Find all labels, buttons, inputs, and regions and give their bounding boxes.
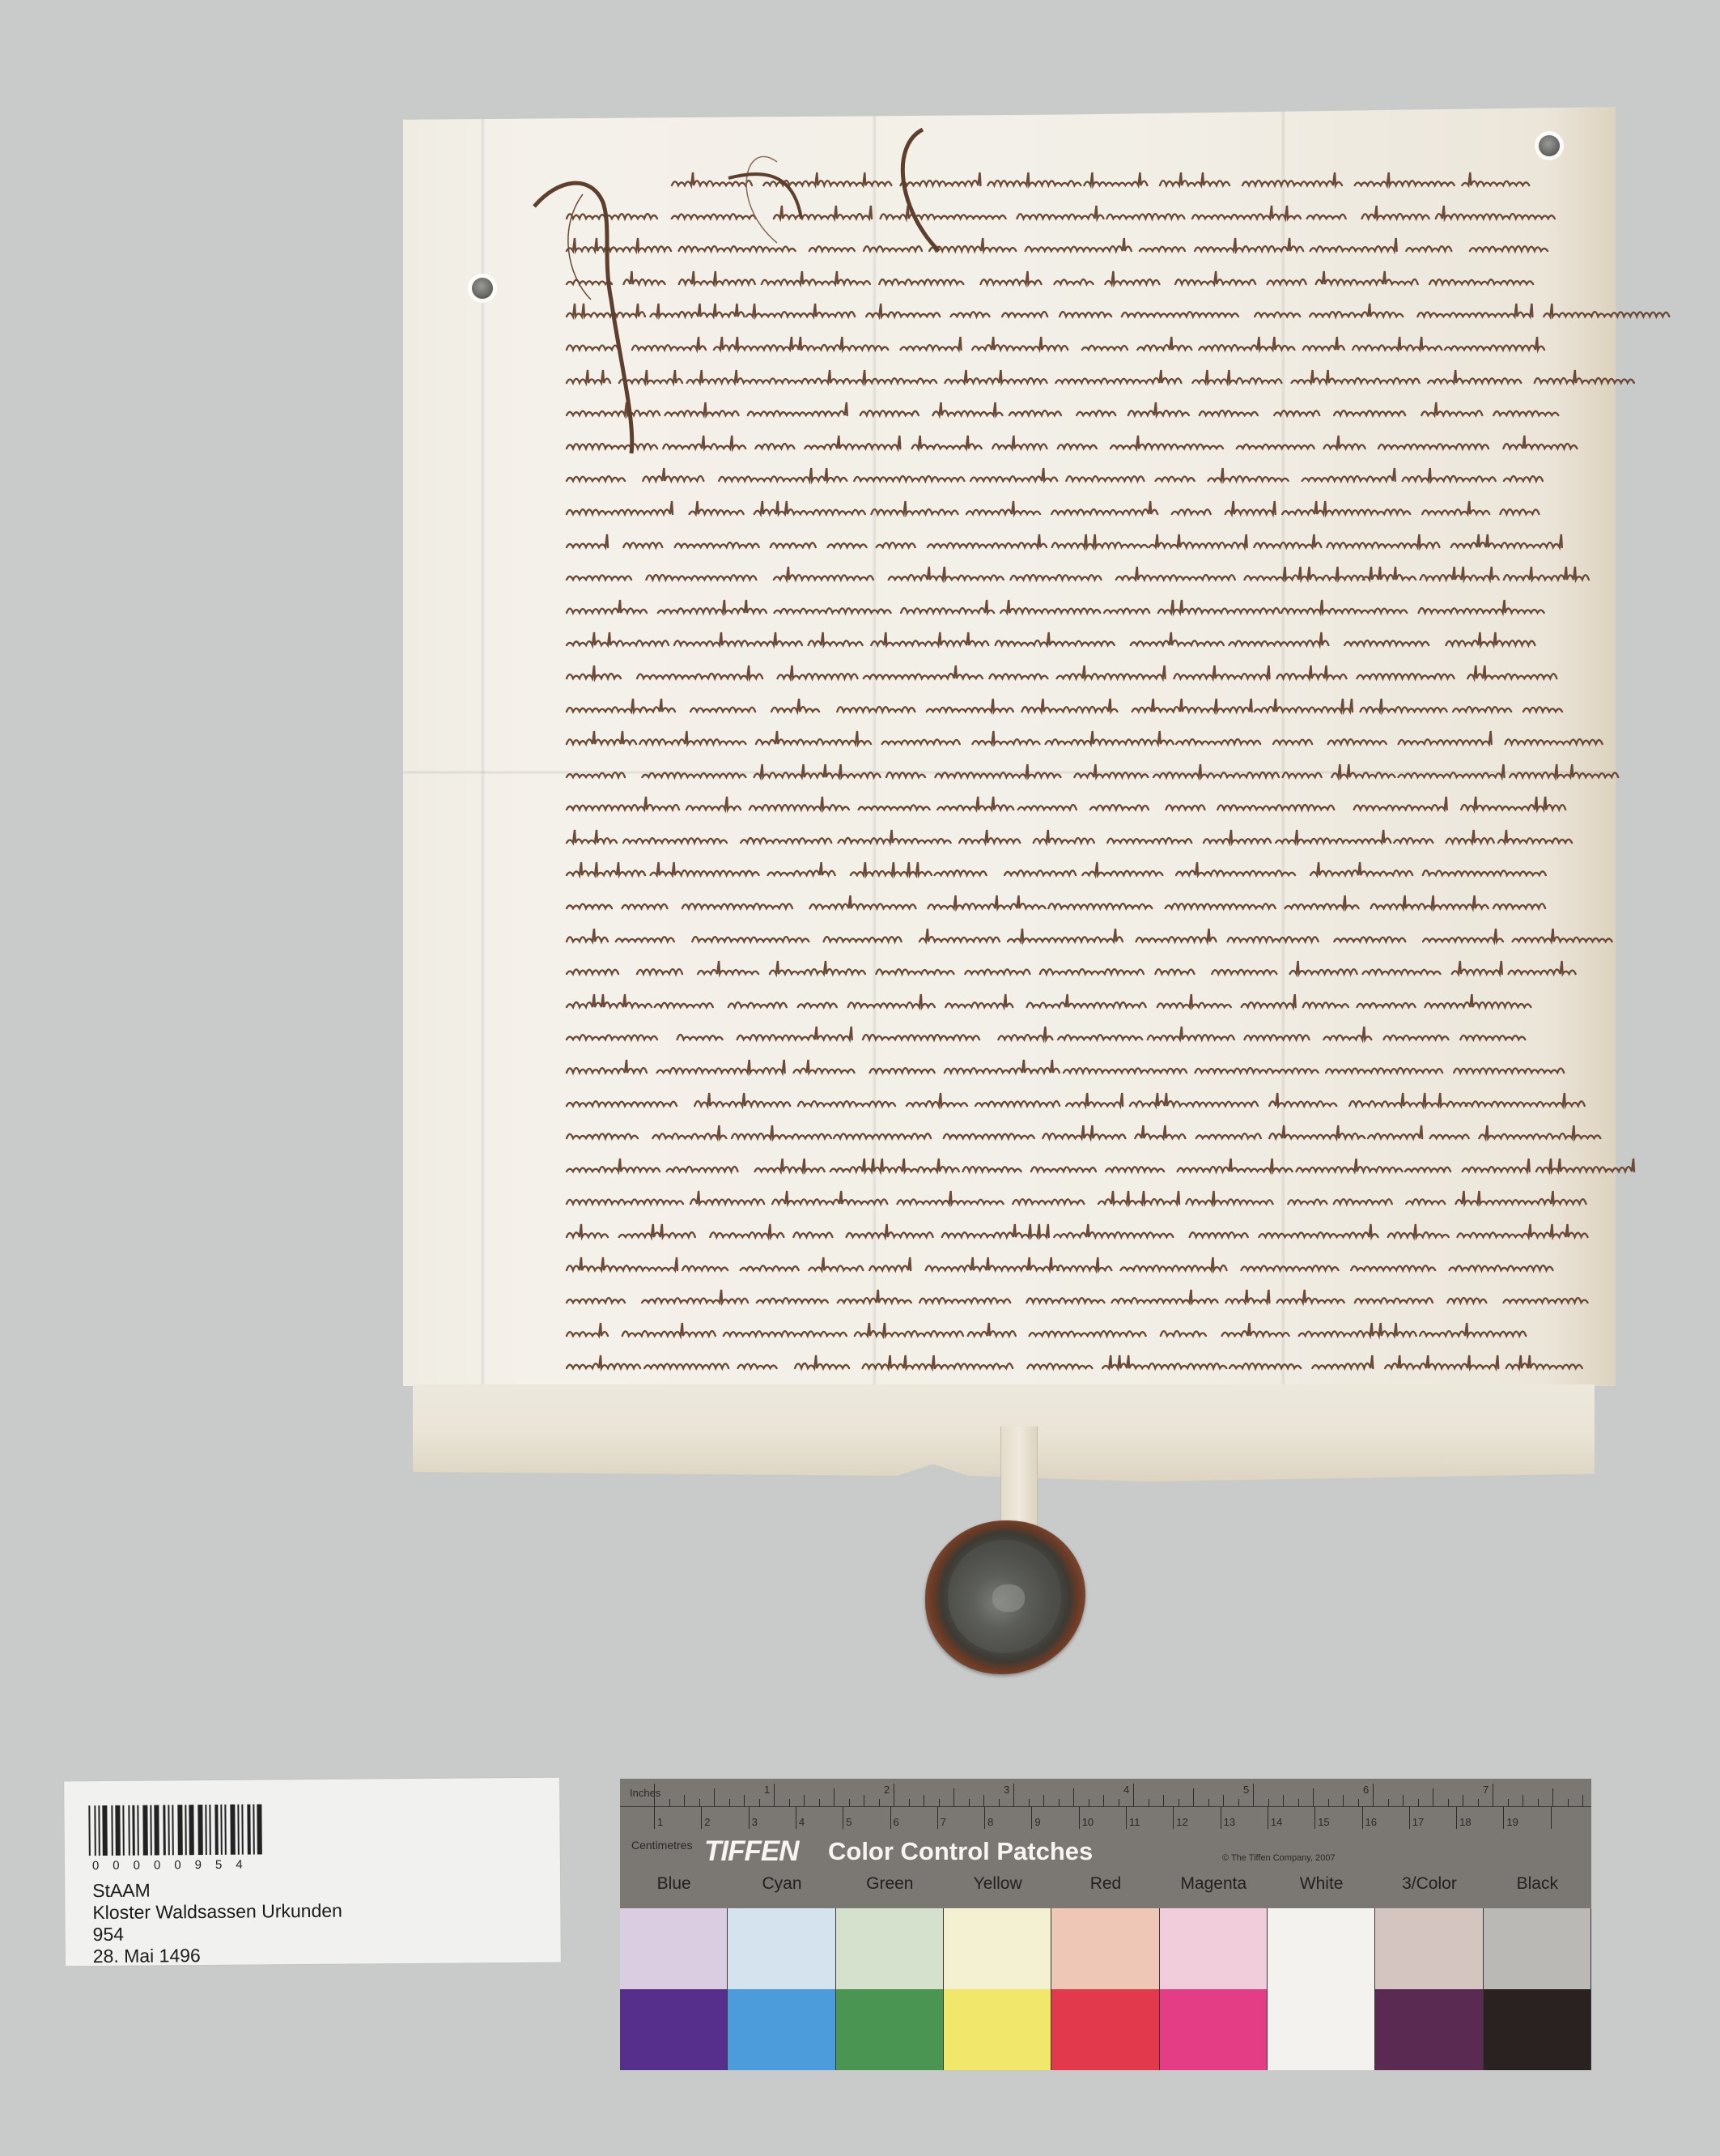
ruler-tick — [1223, 1795, 1224, 1806]
ruler-tick — [1268, 1799, 1269, 1806]
archive-label: 00000954 StAAM Kloster Waldsassen Urkund… — [64, 1778, 561, 1967]
cm-tick-label: 1 — [657, 1816, 663, 1828]
cm-tick-label: 14 — [1271, 1816, 1282, 1828]
color-control-chart: Inches 1234567 1234567891011121314151617… — [620, 1779, 1591, 2070]
ruler-tick — [924, 1795, 924, 1806]
ruler-tick — [1103, 1795, 1104, 1806]
chart-header: Inches 1234567 1234567891011121314151617… — [620, 1779, 1591, 1908]
barcode-digit: 0 — [174, 1858, 180, 1872]
patches-light-row — [620, 1908, 1591, 1989]
script-line — [583, 495, 1603, 528]
ruler-tick — [1253, 1784, 1254, 1806]
ruler-tick — [789, 1799, 790, 1806]
patch-label: White — [1268, 1874, 1375, 1907]
script-line — [583, 823, 1603, 857]
color-patch-dark-red — [1051, 1989, 1159, 2070]
script-line — [583, 856, 1603, 889]
seal-impression — [948, 1540, 1061, 1653]
patch-labels: BlueCyanGreenYellowRedMagentaWhite3/Colo… — [620, 1874, 1591, 1907]
barcode-digit: 5 — [215, 1858, 222, 1872]
ruler-tick — [1463, 1795, 1463, 1806]
color-patch-dark-blue — [620, 1989, 728, 2070]
barcode-digit: 0 — [134, 1859, 140, 1873]
ruler-tick — [1079, 1806, 1080, 1829]
ruler-tick — [1193, 1788, 1194, 1806]
ruler-tick — [1029, 1799, 1030, 1806]
cm-tick-label: 5 — [846, 1816, 852, 1828]
ruler-tick — [1448, 1799, 1449, 1806]
script-line — [583, 1316, 1603, 1350]
ruler-tick — [1208, 1799, 1209, 1806]
ruler-tick — [1343, 1795, 1344, 1806]
cm-tick-label: 16 — [1365, 1816, 1377, 1828]
inches-label: Inches — [630, 1787, 660, 1799]
ruler-tick — [1031, 1806, 1032, 1829]
color-patch-light-black — [1484, 1908, 1591, 1989]
ruler-tick — [699, 1799, 700, 1806]
patch-label: Cyan — [728, 1874, 835, 1907]
color-patch-light-cyan — [728, 1908, 835, 1989]
script-line — [583, 922, 1603, 955]
ruler-tick — [1493, 1784, 1493, 1806]
ruler-tick — [1283, 1795, 1284, 1806]
ruler-tick — [1119, 1799, 1119, 1806]
ruler-tick — [1503, 1806, 1504, 1829]
patch-label: Magenta — [1160, 1874, 1268, 1907]
ruler-tick — [1362, 1806, 1363, 1829]
tiffen-logo: TIFFEN — [704, 1835, 798, 1868]
patch-label: Red — [1051, 1874, 1159, 1907]
script-line — [583, 1184, 1603, 1218]
script-line — [583, 560, 1603, 593]
ruler-tick — [909, 1799, 910, 1806]
barcode-digit: 0 — [113, 1859, 119, 1873]
barcode-digit: 9 — [195, 1858, 202, 1872]
barcode-icon — [88, 1801, 266, 1856]
ruler-tick — [1043, 1795, 1044, 1806]
ruler-tick — [1418, 1799, 1419, 1806]
patch-label: 3/Color — [1375, 1874, 1483, 1907]
ruler-tick — [1179, 1799, 1179, 1806]
label-archive: StAAM — [92, 1878, 342, 1902]
color-patch-dark-magenta — [1160, 1989, 1268, 2070]
script-line — [583, 758, 1603, 791]
color-patch-light-red — [1051, 1908, 1159, 1989]
script-line — [583, 725, 1603, 758]
ruler-tick — [1358, 1799, 1359, 1806]
ruler-tick — [1268, 1806, 1268, 1829]
ruler-tick — [1478, 1799, 1479, 1806]
inch-tick-label: 1 — [764, 1784, 770, 1796]
ruler-tick — [654, 1806, 655, 1829]
ruler-tick — [984, 1806, 985, 1829]
ruler-tick — [1373, 1784, 1374, 1806]
inch-tick-label: 4 — [1123, 1784, 1129, 1796]
patches-dark-row — [620, 1989, 1591, 2070]
script-line — [583, 1020, 1603, 1053]
ruler-tick — [983, 1795, 984, 1806]
script-line — [583, 1283, 1603, 1316]
ruler-tick — [714, 1788, 715, 1806]
inch-tick-label: 2 — [884, 1784, 890, 1796]
cm-tick-label: 7 — [941, 1816, 946, 1828]
ruler-tick — [669, 1799, 670, 1806]
ruler-tick — [1551, 1806, 1552, 1829]
cm-ruler: 12345678910111213141516171819 — [620, 1806, 1591, 1835]
ruler-tick — [774, 1784, 775, 1806]
script-line — [583, 988, 1603, 1021]
ruler-tick — [1149, 1799, 1149, 1806]
script-line — [583, 461, 1603, 495]
script-line — [583, 1152, 1603, 1185]
script-line — [583, 692, 1603, 725]
centimetres-label: Centimetres — [631, 1839, 692, 1852]
chart-title: Color Control Patches — [828, 1837, 1093, 1866]
ruler-tick — [890, 1806, 891, 1829]
script-line — [583, 1251, 1603, 1284]
cm-tick-label: 4 — [799, 1816, 805, 1828]
color-patch-light-3-color — [1375, 1908, 1483, 1989]
ruler-tick — [843, 1806, 843, 1829]
ruler-tick — [1238, 1799, 1239, 1806]
ruler-tick — [796, 1806, 796, 1829]
wax-seal — [925, 1520, 1085, 1674]
cm-tick-label: 10 — [1082, 1816, 1094, 1828]
script-line — [583, 790, 1603, 823]
ruler-tick — [1508, 1799, 1509, 1806]
ruler-tick — [1388, 1799, 1389, 1806]
ruler-tick — [1298, 1799, 1299, 1806]
ruler-tick — [819, 1799, 820, 1806]
mounting-pin-icon — [1539, 135, 1560, 156]
ruler-tick — [1089, 1799, 1089, 1806]
label-collection: Kloster Waldsassen Urkunden — [92, 1900, 342, 1924]
barcode-digit: 0 — [154, 1858, 160, 1872]
ruler-tick — [1433, 1788, 1433, 1806]
ruler-tick — [879, 1799, 880, 1806]
color-patch-dark-cyan — [728, 1989, 835, 2070]
patch-label: Blue — [620, 1874, 728, 1907]
script-line — [583, 1119, 1603, 1152]
ruler-tick — [1538, 1799, 1539, 1806]
ruler-tick — [1133, 1784, 1134, 1806]
color-patch-dark-black — [1484, 1989, 1591, 2070]
ruler-tick — [1409, 1806, 1410, 1829]
ruler-tick — [1403, 1795, 1404, 1806]
color-patch-dark-yellow — [944, 1989, 1051, 2070]
script-line — [583, 1053, 1603, 1087]
cm-tick-label: 18 — [1459, 1816, 1471, 1828]
patch-white — [1268, 1908, 1375, 2070]
ruler-tick — [701, 1806, 702, 1829]
ruler-tick — [953, 1788, 954, 1806]
seal-strap — [1000, 1427, 1038, 1536]
color-patch-dark-3-color — [1375, 1989, 1483, 2070]
cm-tick-label: 11 — [1129, 1816, 1140, 1828]
script-line — [583, 593, 1603, 627]
patch-label: Black — [1484, 1874, 1591, 1907]
patch-label: Yellow — [944, 1874, 1051, 1907]
script-line — [583, 626, 1603, 659]
label-date: 28. Mai 1496 — [93, 1944, 343, 1967]
ruler-tick — [744, 1795, 745, 1806]
cm-tick-label: 12 — [1176, 1816, 1187, 1828]
color-patch-light-magenta — [1160, 1908, 1268, 1989]
inch-tick-label: 7 — [1483, 1784, 1489, 1796]
script-line — [583, 1349, 1603, 1382]
ruler-tick — [999, 1799, 1000, 1806]
ruler-tick — [654, 1784, 655, 1806]
script-line — [583, 955, 1603, 988]
cm-tick-label: 6 — [894, 1816, 899, 1828]
ruler-tick — [729, 1799, 730, 1806]
ruler-tick — [1552, 1788, 1553, 1806]
color-patch-light-blue — [620, 1908, 728, 1989]
ruler-tick — [894, 1784, 894, 1806]
patch-label: Green — [836, 1874, 944, 1907]
ruler-tick — [1523, 1795, 1523, 1806]
ruler-tick — [1163, 1795, 1164, 1806]
ruler-tick — [1126, 1806, 1127, 1829]
ruler-tick — [1221, 1806, 1221, 1829]
ruler-tick — [939, 1799, 940, 1806]
cm-tick-label: 8 — [987, 1816, 993, 1828]
inch-tick-label: 3 — [1004, 1784, 1009, 1796]
ruler-tick — [1173, 1806, 1174, 1829]
label-text: StAAM Kloster Waldsassen Urkunden 954 28… — [92, 1878, 342, 1967]
cm-tick-label: 19 — [1506, 1816, 1518, 1828]
inch-ruler: Inches 1234567 — [620, 1782, 1591, 1807]
label-number: 954 — [92, 1922, 342, 1946]
barcode-digits: 00000954 — [92, 1858, 243, 1873]
color-patch-light-green — [836, 1908, 944, 1989]
ruler-tick — [1059, 1799, 1060, 1806]
cm-tick-label: 17 — [1412, 1816, 1424, 1828]
ruler-tick — [849, 1799, 850, 1806]
script-line — [583, 1087, 1603, 1120]
seal-figure-icon — [992, 1584, 1025, 1612]
cm-tick-label: 3 — [752, 1816, 758, 1828]
ruler-tick — [1328, 1799, 1329, 1806]
ruler-tick — [1013, 1784, 1014, 1806]
ruler-tick — [1582, 1795, 1583, 1806]
script-line — [583, 659, 1603, 692]
color-patch-light-yellow — [944, 1908, 1051, 1989]
ruler-tick — [834, 1788, 835, 1806]
ruler-tick — [1313, 1788, 1314, 1806]
ruler-tick — [1456, 1806, 1457, 1829]
ruler-tick — [1314, 1806, 1315, 1829]
barcode-digit: 0 — [92, 1859, 99, 1873]
ruler-tick — [1073, 1788, 1074, 1806]
cm-tick-label: 2 — [704, 1816, 710, 1828]
ruler-tick — [1568, 1799, 1569, 1806]
script-line — [583, 1218, 1603, 1251]
ruler-tick — [759, 1799, 760, 1806]
ruler-tick — [864, 1795, 864, 1806]
cm-tick-label: 9 — [1034, 1816, 1040, 1828]
initial-flourish-icon — [437, 113, 1004, 461]
barcode-digit: 4 — [236, 1858, 242, 1872]
ruler-tick — [749, 1806, 750, 1829]
copyright-text: © The Tiffen Company, 2007 — [1222, 1853, 1336, 1863]
cm-tick-label: 13 — [1224, 1816, 1235, 1828]
script-line — [583, 528, 1603, 561]
ruler-tick — [684, 1795, 685, 1806]
color-patch-dark-green — [836, 1989, 944, 2070]
ruler-tick — [804, 1795, 805, 1806]
inch-tick-label: 5 — [1243, 1784, 1249, 1796]
ruler-tick — [937, 1806, 938, 1829]
inch-tick-label: 6 — [1363, 1784, 1369, 1796]
ruler-tick — [969, 1799, 970, 1806]
cm-tick-label: 15 — [1318, 1816, 1329, 1828]
script-line — [583, 889, 1603, 922]
